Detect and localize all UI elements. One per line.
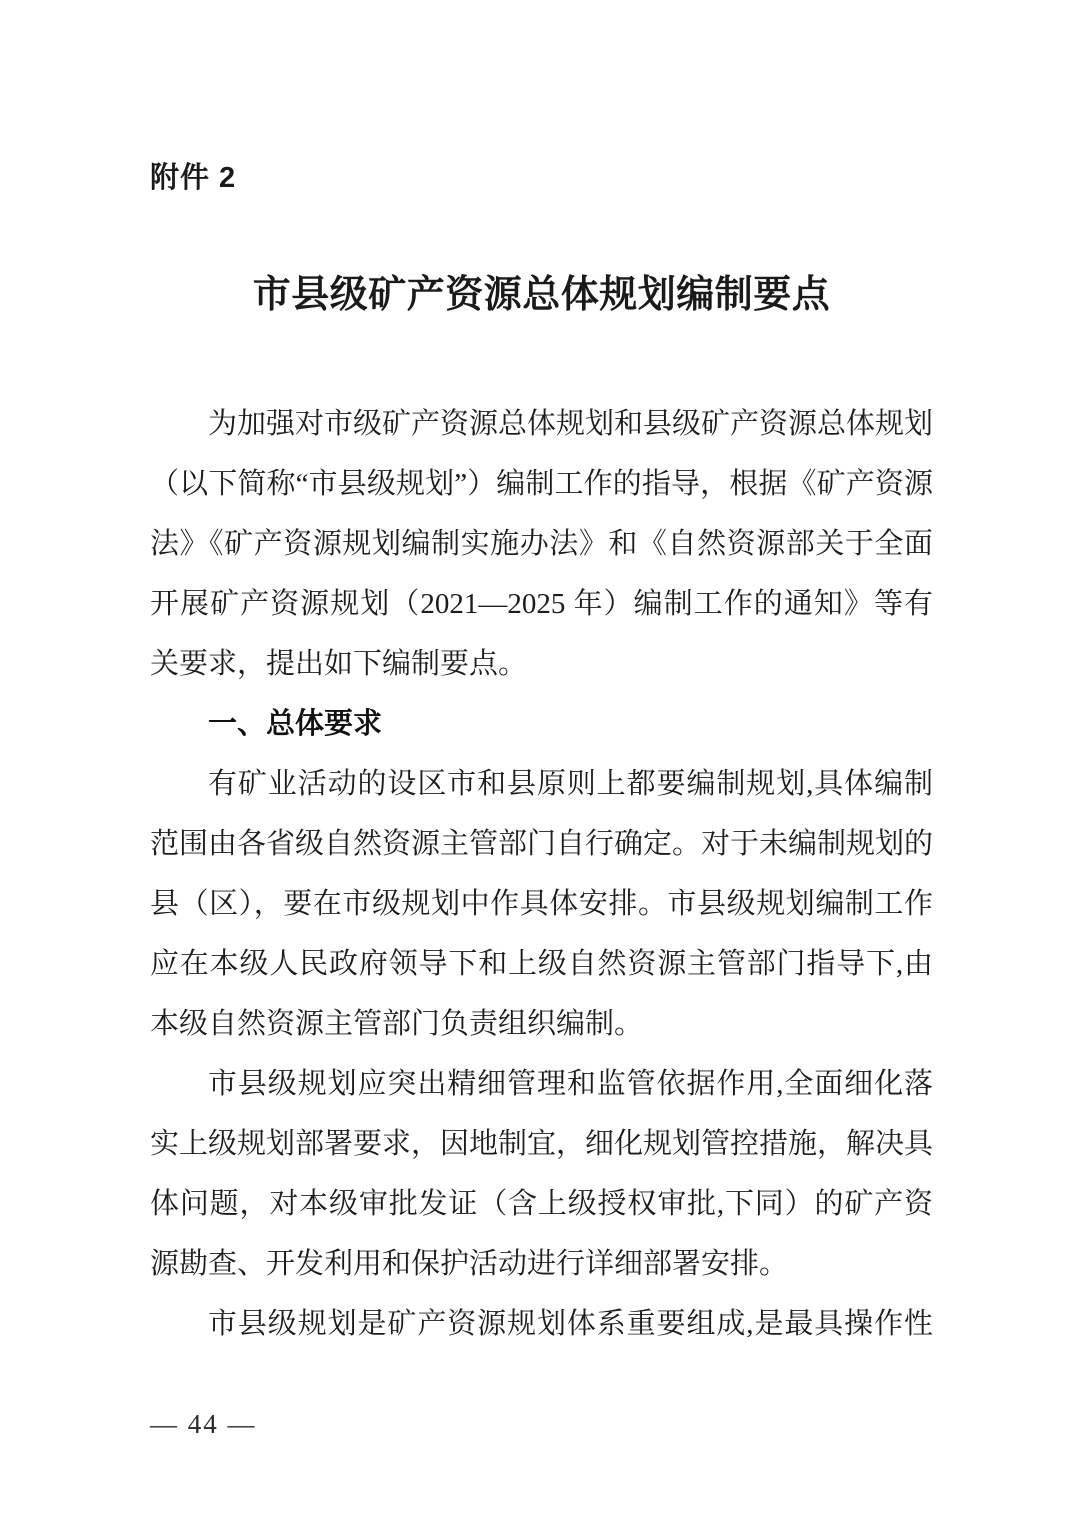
intro-paragraph: 为加强对市级矿产资源总体规划和县级矿产资源总体规划（以下简称“市县级规划”）编制…	[150, 394, 933, 694]
page-number: — 44 —	[150, 1404, 257, 1444]
body-paragraph-2: 市县级规划应突出精细管理和监管依据作用,全面细化落实上级规划部署要求，因地制宜，…	[150, 1054, 933, 1294]
body-paragraph-3-continued: 市县级规划是矿产资源规划体系重要组成,是最具操作性	[150, 1294, 933, 1354]
document-body: 为加强对市级矿产资源总体规划和县级矿产资源总体规划（以下简称“市县级规划”）编制…	[150, 394, 933, 1354]
document-title: 市县级矿产资源总体规划编制要点	[150, 268, 933, 322]
section-heading-overall-requirements: 一、总体要求	[150, 694, 933, 754]
body-paragraph-1: 有矿业活动的设区市和县原则上都要编制规划,具体编制范围由各省级自然资源主管部门自…	[150, 754, 933, 1054]
document-content: 附件 2 市县级矿产资源总体规划编制要点 为加强对市级矿产资源总体规划和县级矿产…	[0, 0, 933, 1354]
attachment-label: 附件 2	[150, 0, 933, 198]
document-page: 附件 2 市县级矿产资源总体规划编制要点 为加强对市级矿产资源总体规划和县级矿产…	[0, 0, 1080, 1527]
